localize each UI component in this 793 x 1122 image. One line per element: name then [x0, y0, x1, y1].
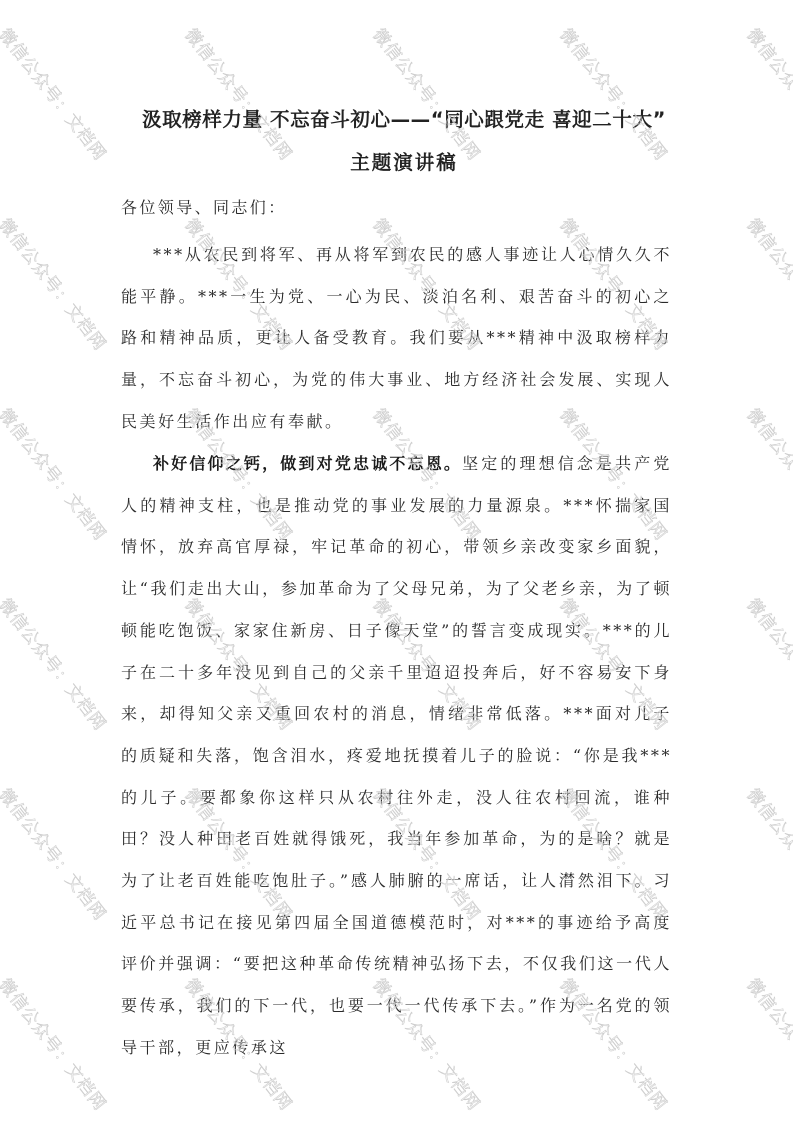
watermark-text: 微信公众号：文档网: [742, 212, 793, 355]
watermark-text: 微信公众号：文档网: [0, 402, 114, 545]
document-subtitle: 主题演讲稿: [119, 147, 689, 175]
paragraph-1-text: ***从农民到将军、再从将军到农民的感人事迹让人心情久久不能平静。***一生为党…: [121, 245, 672, 431]
salutation: 各位领导、同志们：: [121, 195, 287, 218]
watermark-text: 微信公众号：文档网: [742, 592, 793, 735]
watermark-text: 微信公众号：文档网: [0, 22, 114, 165]
watermark-text: 微信公众号：文档网: [180, 22, 299, 165]
watermark-text: 微信公众号：文档网: [0, 592, 114, 735]
paragraph-1: ***从农民到将军、再从将军到农民的感人事迹让人心情久久不能平静。***一生为党…: [121, 234, 672, 443]
watermark-text: 微信公众号：文档网: [368, 22, 487, 165]
paragraph-2: 补好信仰之钙，做到对党忠诚不忘恩。坚定的理想信念是共产党人的精神支柱，也是推动党…: [121, 443, 672, 1069]
watermark-text: 微信公众号：文档网: [742, 972, 793, 1115]
paragraph-2-text: 坚定的理想信念是共产党人的精神支柱，也是推动党的事业发展的力量源泉。***怀揣家…: [121, 454, 672, 1057]
watermark-text: 微信公众号：文档网: [0, 972, 114, 1115]
watermark-text: 微信公众号：文档网: [0, 212, 114, 355]
paragraph-2-heading: 补好信仰之钙，做到对党忠诚不忘恩。: [153, 454, 462, 473]
watermark-text: 微信公众号：文档网: [0, 782, 114, 925]
document-title: 汲取榜样力量 不忘奋斗初心——“同心跟党走 喜迎二十大”: [119, 104, 689, 132]
watermark-text: 微信公众号：文档网: [742, 782, 793, 925]
watermark-text: 微信公众号：文档网: [742, 402, 793, 545]
watermark-text: 微信公众号：文档网: [742, 22, 793, 165]
document-page: 汲取榜样力量 不忘奋斗初心——“同心跟党走 喜迎二十大” 主题演讲稿 各位领导、…: [0, 0, 793, 1122]
watermark-text: 微信公众号：文档网: [555, 22, 674, 165]
